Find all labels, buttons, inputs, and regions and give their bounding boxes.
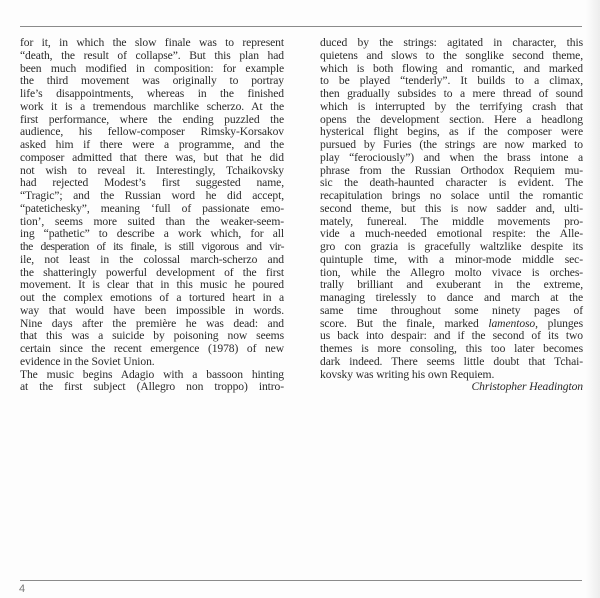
text-line: themes is more consoling, this too later… [320,343,583,356]
text-line: quintuple time, with a minor-mode middle… [320,254,583,267]
text-line: evidence in the Soviet Union. [20,356,284,369]
text-line: duced by the strings: agitated in charac… [320,37,583,50]
text-line: second theme, but this is now sadder and… [320,203,583,216]
text-line: “patetichesky”, meaning ‘full of passion… [20,203,284,216]
text-line: gro con grazia is gracefully waltzlike d… [320,241,583,254]
text-line: play “ferociously”) and when the brass i… [320,152,583,165]
text-fragment: score. But the finale, marked [320,317,488,330]
text-line: “death, the result of collapse”. But thi… [20,50,284,63]
text-line: for it, in which the slow finale was to … [20,37,284,50]
author-signature: Christopher Headington [320,381,583,394]
text-line: ile, not least in the colossal march-sch… [20,254,284,267]
text-line: way that would have been impossible in w… [20,305,284,318]
text-line: work it is a tremendous marchlike scherz… [20,101,284,114]
top-rule [20,26,582,27]
page-number: 4 [19,583,25,595]
text-line: asked him if there were a programme, and… [20,139,284,152]
text-line: pursued by Furies (the strings are now m… [320,139,583,152]
text-line: then gradually subsides to a mere thread… [320,88,583,101]
text-line: dark indeed. There seems little doubt th… [320,356,583,369]
text-line: out the complex emotions of a tortured h… [20,292,284,305]
text-line: composer admitted that there was, but th… [20,152,284,165]
italic-term: lamentoso [488,317,535,330]
bottom-rule [20,580,582,581]
text-line: which is interrupted by the terrifying c… [320,101,583,114]
text-line: at the first subject (Allegro non troppo… [20,381,284,394]
text-line: life’s disappointments, whereas in the f… [20,88,284,101]
right-column: duced by the strings: agitated in charac… [320,37,583,394]
text-line: recapitulation brings no solace until th… [320,190,583,203]
text-line: quietens and slows to the songlike secon… [320,50,583,63]
text-line: certain since the recent emergence (1978… [20,343,284,356]
text-fragment: , plunges [535,317,583,330]
left-column: for it, in which the slow finale was to … [20,37,284,394]
text-line: the desperation of its finale, is still … [20,241,284,254]
page-edge-shadow [586,0,600,598]
text-line: managing tirelessly to dance and march a… [320,292,583,305]
text-line: “Tragic”; and the Russian word he did ac… [20,190,284,203]
